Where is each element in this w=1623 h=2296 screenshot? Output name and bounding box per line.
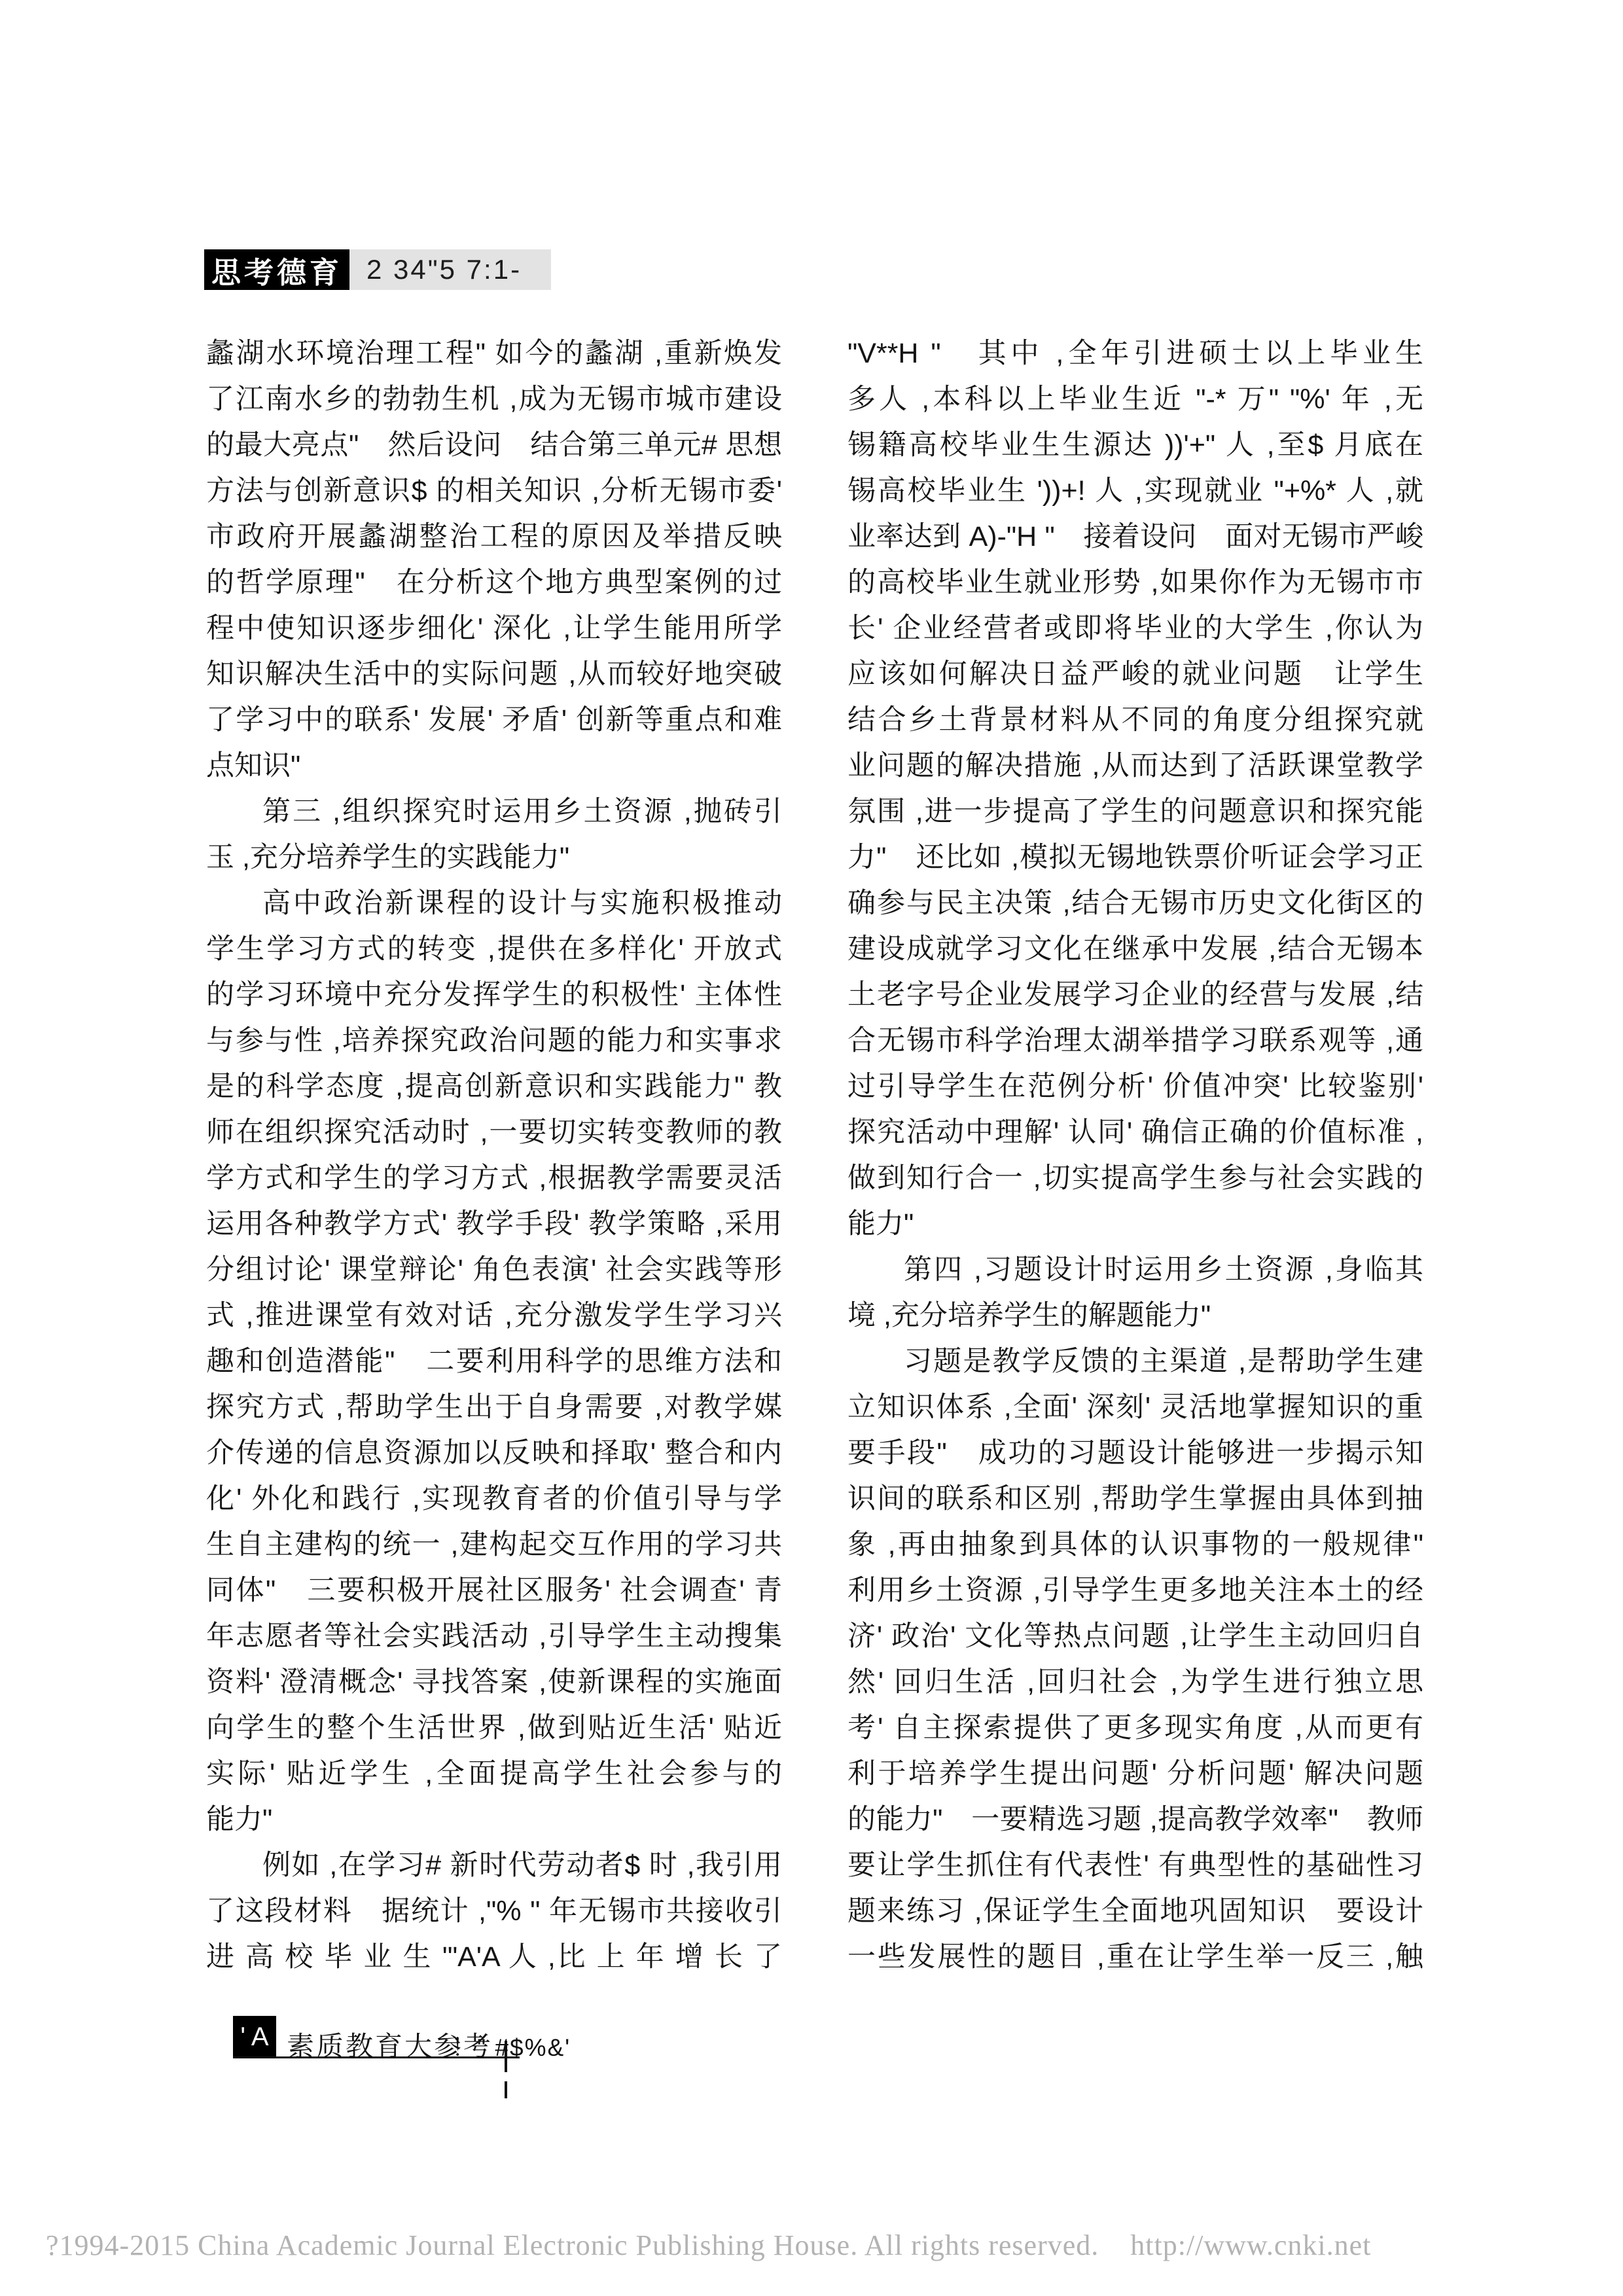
text-line: 市政府开展蠡湖整治工程的原因及举措反映 [206, 514, 782, 560]
text-line: 习题是教学反馈的主渠道 ,是帮助学生建 [847, 1338, 1423, 1384]
text-line: 学方式和学生的学习方式 ,根据教学需要灵活 [206, 1155, 782, 1201]
text-line: 长' 企业经营者或即将毕业的大学生 ,你认为 [847, 605, 1423, 651]
registration-tick-mark [505, 2041, 507, 2072]
text-line: 立知识体系 ,全面' 深刻' 灵活地掌握知识的重 [847, 1384, 1423, 1430]
page-number-badge: ' A [233, 2016, 276, 2058]
section-header-code: 2 34"5 7:1- [349, 249, 551, 290]
text-line: 确参与民主决策 ,结合无锡市历史文化街区的 [847, 880, 1423, 926]
text-line: 境 ,充分培养学生的解题能力" [847, 1293, 1423, 1338]
column-left: 蠡湖水环境治理工程" 如今的蠡湖 ,重新焕发了江南水乡的勃勃生机 ,成为无锡市城… [206, 331, 782, 1980]
text-line: 的哲学原理" 在分析这个地方典型案例的过 [206, 560, 782, 605]
text-line: 要让学生抓住有代表性' 有典型性的基础性习 [847, 1842, 1423, 1888]
text-line: 点知识" [206, 743, 782, 789]
text-line: 题来练习 ,保证学生全面地巩固知识 要设计 [847, 1888, 1423, 1934]
text-line: 利于培养学生提出问题' 分析问题' 解决问题 [847, 1751, 1423, 1797]
text-line: 的学习环境中充分发挥学生的积极性' 主体性 [206, 972, 782, 1018]
text-line: 第三 ,组织探究时运用乡土资源 ,抛砖引 [206, 789, 782, 834]
text-line: 资料' 澄清概念' 寻找答案 ,使新课程的实施面 [206, 1659, 782, 1705]
text-line: 识间的联系和区别 ,帮助学生掌握由具体到抽 [847, 1476, 1423, 1522]
text-line: 探究活动中理解' 认同' 确信正确的价值标准 , [847, 1109, 1423, 1155]
text-line: 合无锡市科学治理太湖举措学习联系观等 ,通 [847, 1018, 1423, 1064]
text-line: 生自主建构的统一 ,建构起交互作用的学习共 [206, 1522, 782, 1568]
text-line: 象 ,再由抽象到具体的认识事物的一般规律" [847, 1522, 1423, 1568]
column-right: "V**H " 其中 ,全年引进硕士以上毕业生 "*%%多人 ,本科以上毕业生近… [847, 331, 1423, 1980]
text-line: 一些发展性的题目 ,重在让学生举一反三 ,触 [847, 1934, 1423, 1980]
section-header-code-text: 2 34"5 7:1- [366, 254, 522, 285]
text-line: 蠡湖水环境治理工程" 如今的蠡湖 ,重新焕发 [206, 331, 782, 376]
text-line: 做到知行合一 ,切实提高学生参与社会实践的 [847, 1155, 1423, 1201]
text-line: 师在组织探究活动时 ,一要切实转变教师的教 [206, 1109, 782, 1155]
text-line: 能力" [206, 1797, 782, 1842]
page-number-text: ' A [240, 2022, 268, 2052]
text-line: 同体" 三要积极开展社区服务' 社会调查' 青 [206, 1568, 782, 1613]
text-line: 济' 政治' 文化等热点问题 ,让学生主动回归自 [847, 1613, 1423, 1659]
text-line: 分组讨论' 课堂辩论' 角色表演' 社会实践等形 [206, 1247, 782, 1293]
footer-rule [233, 2056, 520, 2058]
text-line: 考' 自主探索提供了更多现实角度 ,从而更有 [847, 1705, 1423, 1751]
text-line: 运用各种教学方式' 教学手段' 教学策略 ,采用 [206, 1201, 782, 1247]
text-line: 了江南水乡的勃勃生机 ,成为无锡市城市建设 [206, 376, 782, 422]
text-line: 化' 外化和践行 ,实现教育者的价值引导与学 [206, 1476, 782, 1522]
text-line: 业率达到 A)-"H " 接着设问 面对无锡市严峻 [847, 514, 1423, 560]
copyright-line: ?1994-2015 China Academic Journal Electr… [46, 2229, 1371, 2262]
text-line: 学生学习方式的转变 ,提供在多样化' 开放式 [206, 926, 782, 972]
text-line: 方法与创新意识$ 的相关知识 ,分析无锡市委' [206, 468, 782, 514]
text-line: 例如 ,在学习# 新时代劳动者$ 时 ,我引用 [206, 1842, 782, 1888]
section-badge-label: 思考德育 [211, 249, 342, 291]
text-line: 的能力" 一要精选习题 ,提高教学效率" 教师 [847, 1797, 1423, 1842]
text-line: 探究方式 ,帮助学生出于自身需要 ,对教学媒 [206, 1384, 782, 1430]
text-line: 要手段" 成功的习题设计能够进一步揭示知 [847, 1430, 1423, 1476]
text-line: 式 ,推进课堂有效对话 ,充分激发学生学习兴 [206, 1293, 782, 1338]
text-line: 与参与性 ,培养探究政治问题的能力和实事求 [206, 1018, 782, 1064]
text-line: 实际' 贴近学生 ,全面提高学生社会参与的 [206, 1751, 782, 1797]
text-line: 多人 ,本科以上毕业生近 "-* 万" "%' 年 ,无 [847, 376, 1423, 422]
text-line: 应该如何解决日益严峻的就业问题 让学生 [847, 651, 1423, 697]
registration-dash-mark [505, 2081, 507, 2098]
text-line: 第四 ,习题设计时运用乡土资源 ,身临其 [847, 1247, 1423, 1293]
text-line: 力" 还比如 ,模拟无锡地铁票价听证会学习正 [847, 834, 1423, 880]
text-line: 锡籍高校毕业生生源达 ))'+" 人 ,至$ 月底在 [847, 422, 1423, 468]
text-line: 过引导学生在范例分析' 价值冲突' 比较鉴别' [847, 1064, 1423, 1109]
text-line: 建设成就学习文化在继承中发展 ,结合无锡本 [847, 926, 1423, 972]
text-line: 程中使知识逐步细化' 深化 ,让学生能用所学 [206, 605, 782, 651]
text-line: 知识解决生活中的实际问题 ,从而较好地突破 [206, 651, 782, 697]
text-line: 结合乡土背景材料从不同的角度分组探究就 [847, 697, 1423, 743]
text-line: 了学习中的联系' 发展' 矛盾' 创新等重点和难 [206, 697, 782, 743]
text-line: "V**H " 其中 ,全年引进硕士以上毕业生 "*%% [847, 331, 1423, 376]
text-line: 业问题的解决措施 ,从而达到了活跃课堂教学 [847, 743, 1423, 789]
text-line: 玉 ,充分培养学生的实践能力" [206, 834, 782, 880]
text-line: 了这段材料 据统计 ,"% " 年无锡市共接收引 [206, 1888, 782, 1934]
text-line: 氛围 ,进一步提高了学生的问题意识和探究能 [847, 789, 1423, 834]
text-line: 锡高校毕业生 '))+! 人 ,实现就业 "+%* 人 ,就 [847, 468, 1423, 514]
text-line: 介传递的信息资源加以反映和择取' 整合和内 [206, 1430, 782, 1476]
text-line: 利用乡土资源 ,引导学生更多地关注本土的经 [847, 1568, 1423, 1613]
text-line: 年志愿者等社会实践活动 ,引导学生主动搜集 [206, 1613, 782, 1659]
text-line: 能力" [847, 1201, 1423, 1247]
text-line: 向学生的整个生活世界 ,做到贴近生活' 贴近 [206, 1705, 782, 1751]
text-line: 的高校毕业生就业形势 ,如果你作为无锡市市 [847, 560, 1423, 605]
text-line: 趣和创造潜能" 二要利用科学的思维方法和 [206, 1338, 782, 1384]
section-badge: 思考德育 [204, 249, 349, 290]
text-line: 是的科学态度 ,提高创新意识和实践能力" 教 [206, 1064, 782, 1109]
text-line: 进 高 校 毕 业 生 '"A'A 人 ,比 上 年 增 长 了 [206, 1934, 782, 1980]
text-line: 的最大亮点" 然后设问 结合第三单元# 思想 [206, 422, 782, 468]
text-line: 高中政治新课程的设计与实施积极推动 [206, 880, 782, 926]
text-line: 土老字号企业发展学习企业的经营与发展 ,结 [847, 972, 1423, 1018]
text-line: 然' 回归生活 ,回归社会 ,为学生进行独立思 [847, 1659, 1423, 1705]
journal-page: 思考德育 2 34"5 7:1- 蠡湖水环境治理工程" 如今的蠡湖 ,重新焕发了… [0, 0, 1623, 2296]
